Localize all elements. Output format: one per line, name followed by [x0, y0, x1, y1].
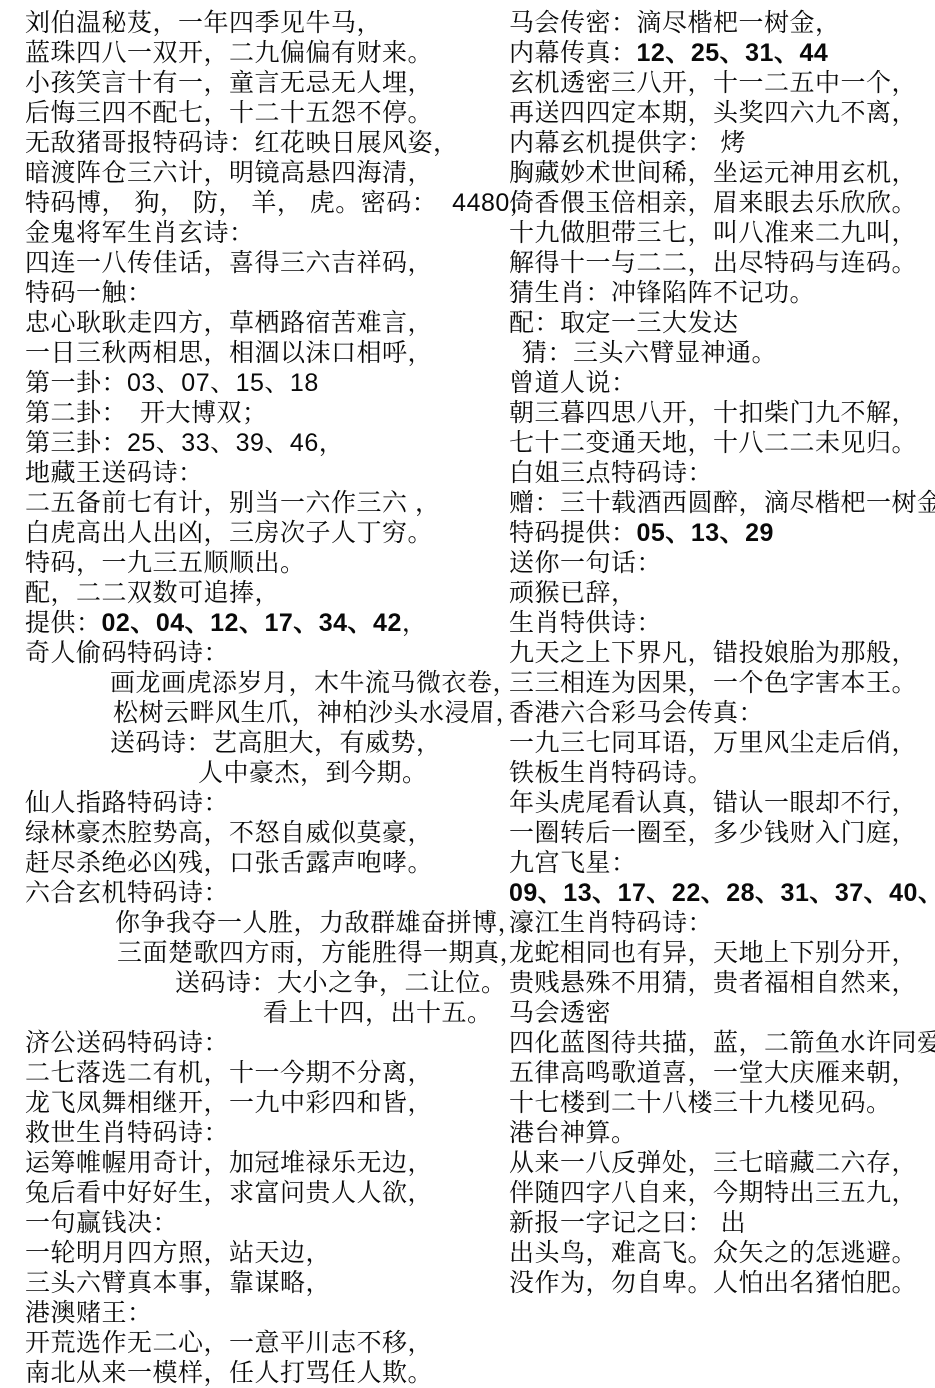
text-line: 松树云畔风生爪，神柏沙头水浸眉，: [25, 698, 485, 728]
text-run: 顽猴已辞，: [509, 579, 637, 607]
text-run: 赠：三十载酒西圆醉，滴尽楷杷一树金，: [509, 489, 935, 517]
text-line: 港澳赌王：: [25, 1298, 485, 1328]
text-run: 解得十一与二二，出尽特码与连码。: [509, 249, 917, 277]
text-run: 金鬼将军生肖玄诗：: [25, 219, 255, 247]
text-run: 猜：三头六臂显神通。: [522, 339, 777, 367]
left-column: 刘伯温秘芨，一年四季见牛马，蓝珠四八一双开，二九偏偏有财来。小孩笑言十有一，童言…: [25, 8, 485, 1388]
text-run: 四连一八传佳话，喜得三六吉祥码，: [25, 249, 433, 277]
text-line: 二五备前七有计，别当一六作三六 ，: [25, 488, 485, 518]
text-run: 后悔三四不配七，十二十五怨不停。: [25, 99, 433, 127]
text-line: 无敌猪哥报特码诗：红花映日展风姿，: [25, 128, 485, 158]
text-line: 三面楚歌四方雨，方能胜得一期真，: [25, 938, 485, 968]
text-run: 三三相连为因果，一个色字害本王。: [509, 669, 917, 697]
text-line: 内幕玄机提供字： 烤: [509, 128, 935, 158]
bold-number-run: 09、13、17、22、28、31、37、40、49: [509, 879, 935, 907]
text-line: 贵贱悬殊不用猜，贵者福相自然来，: [509, 968, 935, 998]
text-run: 人中豪杰，到今期。: [198, 759, 428, 787]
text-run: 一轮明月四方照，站天边，: [25, 1239, 331, 1267]
text-line: 猜生肖：冲锋陷阵不记功。: [509, 278, 935, 308]
text-run: 一日三秋两相思，相涸以沫口相呼，: [25, 339, 433, 367]
text-line: 马会透密: [509, 998, 935, 1028]
text-run: 送码诗：艺高胆大，有威势，: [110, 729, 442, 757]
text-run: 开荒选作无二心，一意平川志不移，: [25, 1329, 433, 1357]
text-line: 小孩笑言十有一，童言无忌无人埋，: [25, 68, 485, 98]
text-line: 后悔三四不配七，十二十五怨不停。: [25, 98, 485, 128]
text-line: 九宫飞星：: [509, 848, 935, 878]
text-line: 金鬼将军生肖玄诗：: [25, 218, 485, 248]
text-line: 解得十一与二二，出尽特码与连码。: [509, 248, 935, 278]
text-line: 南北从来一模样，任人打骂任人欺。: [25, 1358, 485, 1388]
text-run: 出头鸟，难高飞。众矢之的怎逃避。: [509, 1239, 917, 1267]
text-line: 一句赢钱决：: [25, 1208, 485, 1238]
text-line: 配，二二双数可追捧，: [25, 578, 485, 608]
text-line: 仙人指路特码诗：: [25, 788, 485, 818]
text-line: 三头六臂真本事，靠谋略，: [25, 1268, 485, 1298]
text-run: 龙飞凤舞相继开，一九中彩四和皆，: [25, 1089, 433, 1117]
text-line: 一日三秋两相思，相涸以沫口相呼，: [25, 338, 485, 368]
text-run: 曾道人说：: [509, 369, 637, 397]
text-line: 赶尽杀绝必凶残，口张舌露声咆哮。: [25, 848, 485, 878]
text-line: 倚香偎玉倍相亲，眉来眼去乐欣欣。: [509, 188, 935, 218]
text-line: 地藏王送码诗：: [25, 458, 485, 488]
text-run: 七十二变通天地，十八二二未见归。: [509, 429, 917, 457]
text-run: 特码博， 狗， 防， 羊， 虎。密码： 4480，: [25, 189, 535, 217]
text-run: 看上十四，出十五。: [263, 999, 493, 1027]
text-line: 九天之上下界凡，错投娘胎为那般，: [509, 638, 935, 668]
text-line: 绿林豪杰腔势高，不怒自威似莫豪，: [25, 818, 485, 848]
text-line: 济公送码特码诗：: [25, 1028, 485, 1058]
text-line: 香港六合彩马会传真：: [509, 698, 935, 728]
text-line: 七十二变通天地，十八二二未见归。: [509, 428, 935, 458]
text-line: 玄机透密三八开，十一二五中一个，: [509, 68, 935, 98]
text-line: 出头鸟，难高飞。众矢之的怎逃避。: [509, 1238, 935, 1268]
text-run: 年头虎尾看认真，错认一眼却不行，: [509, 789, 917, 817]
text-line: 送码诗：艺高胆大，有威势，: [25, 728, 485, 758]
text-line: 生肖特供诗：: [509, 608, 935, 638]
text-line: 兔后看中好好生，求富问贵人人欲，: [25, 1178, 485, 1208]
text-line: 救世生肖特码诗：: [25, 1118, 485, 1148]
text-line: 伴随四字八自来，今期特出三五九，: [509, 1178, 935, 1208]
text-run: 特码一触：: [25, 279, 153, 307]
text-run: 贵贱悬殊不用猜，贵者福相自然来，: [509, 969, 917, 997]
text-run: ，: [402, 609, 428, 637]
text-line: 没作为，勿自卑。人怕出名猪怕肥。: [509, 1268, 935, 1298]
text-run: 送码诗：大小之争，二让位。: [175, 969, 507, 997]
text-run: 九宫飞星：: [509, 849, 637, 877]
text-run: 画龙画虎添岁月，木牛流马微衣卷，: [110, 669, 518, 697]
text-line: 四化蓝图待共描，蓝，二箭鱼水许同爱，: [509, 1028, 935, 1058]
text-line: 特码提供：05、13、29: [509, 518, 935, 548]
text-run: 白虎高出人出凶，三房次子人丁穷。: [25, 519, 433, 547]
text-line: 暗渡阵仓三六计，明镜高悬四海清，: [25, 158, 485, 188]
text-line: 猜：三头六臂显神通。: [509, 338, 935, 368]
text-run: 十九做胆带三七，叫八准来二九叫，: [509, 219, 917, 247]
text-run: 救世生肖特码诗：: [25, 1119, 229, 1147]
text-line: 曾道人说：: [509, 368, 935, 398]
text-line: 特码，一九三五顺顺出。: [25, 548, 485, 578]
text-run: 二五备前七有计，别当一六作三六 ，: [25, 489, 440, 517]
text-run: 马会传密：滴尽楷杷一树金，: [509, 9, 841, 37]
text-run: 九天之上下界凡，错投娘胎为那般，: [509, 639, 917, 667]
text-run: 铁板生肖特码诗。: [509, 759, 713, 787]
text-line: 一圈转后一圈至，多少钱财入门庭，: [509, 818, 935, 848]
bold-number-run: 12、25、31、44: [637, 39, 829, 67]
text-line: 十七楼到二十八楼三十九楼见码。: [509, 1088, 935, 1118]
text-line: 朝三暮四思八开，十扣柴门九不解，: [509, 398, 935, 428]
text-line: 二七落选二有机，十一今期不分离，: [25, 1058, 485, 1088]
text-run: 一九三七同耳语，万里风尘走后俏，: [509, 729, 917, 757]
text-run: 松树云畔风生爪，神柏沙头水浸眉，: [113, 699, 521, 727]
text-line: 一九三七同耳语，万里风尘走后俏，: [509, 728, 935, 758]
text-run: 提供：: [25, 609, 102, 637]
text-line: 年头虎尾看认真，错认一眼却不行，: [509, 788, 935, 818]
text-run: 仙人指路特码诗：: [25, 789, 229, 817]
text-line: 送你一句话：: [509, 548, 935, 578]
text-line: 奇人偷码特码诗：: [25, 638, 485, 668]
text-line: 马会传密：滴尽楷杷一树金，: [509, 8, 935, 38]
text-run: 无敌猪哥报特码诗：红花映日展风姿，: [25, 129, 459, 157]
text-run: 三面楚歌四方雨，方能胜得一期真，: [117, 939, 525, 967]
text-line: 开荒选作无二心，一意平川志不移，: [25, 1328, 485, 1358]
bold-number-run: 05、13、29: [637, 519, 774, 547]
text-run: 三头六臂真本事，靠谋略，: [25, 1269, 331, 1297]
text-run: 伴随四字八自来，今期特出三五九，: [509, 1179, 917, 1207]
text-line: 龙飞凤舞相继开，一九中彩四和皆，: [25, 1088, 485, 1118]
text-line: 看上十四，出十五。: [25, 998, 485, 1028]
text-line: 顽猴已辞，: [509, 578, 935, 608]
text-line: 内幕传真：12、25、31、44: [509, 38, 935, 68]
text-run: 一句赢钱决：: [25, 1209, 178, 1237]
text-run: 内幕传真：: [509, 39, 637, 67]
text-line: 港台神算。: [509, 1118, 935, 1148]
text-run: 刘伯温秘芨，一年四季见牛马，: [25, 9, 382, 37]
text-run: 一圈转后一圈至，多少钱财入门庭，: [509, 819, 917, 847]
text-run: 第三卦：25、33、39、46，: [25, 429, 344, 457]
text-run: 送你一句话：: [509, 549, 662, 577]
text-run: 朝三暮四思八开，十扣柴门九不解，: [509, 399, 917, 427]
text-run: 地藏王送码诗：: [25, 459, 204, 487]
text-line: 运筹帷幄用奇计，加冠堆禄乐无边，: [25, 1148, 485, 1178]
text-line: 一轮明月四方照，站天边，: [25, 1238, 485, 1268]
text-run: 忠心耿耿走四方，草栖路宿苦难言，: [25, 309, 433, 337]
text-line: 刘伯温秘芨，一年四季见牛马，: [25, 8, 485, 38]
text-run: 港澳赌王：: [25, 1299, 153, 1327]
text-run: 南北从来一模样，任人打骂任人欺。: [25, 1359, 433, 1387]
text-line: 五律高鸣歌道喜，一堂大庆雁来朝，: [509, 1058, 935, 1088]
text-run: 赶尽杀绝必凶残，口张舌露声咆哮。: [25, 849, 433, 877]
text-line: 从来一八反弹处，三七暗藏二六存，: [509, 1148, 935, 1178]
text-line: 忠心耿耿走四方，草栖路宿苦难言，: [25, 308, 485, 338]
text-line: 十九做胆带三七，叫八准来二九叫，: [509, 218, 935, 248]
text-line: 配：取定一三大发达: [509, 308, 935, 338]
text-line: 09、13、17、22、28、31、37、40、49: [509, 878, 935, 908]
text-run: 濠江生肖特码诗：: [509, 909, 713, 937]
text-run: 从来一八反弹处，三七暗藏二六存，: [509, 1149, 917, 1177]
document-page: 刘伯温秘芨，一年四季见牛马，蓝珠四八一双开，二九偏偏有财来。小孩笑言十有一，童言…: [0, 0, 935, 1388]
text-run: 第一卦：03、07、15、18: [25, 369, 319, 397]
text-line: 送码诗：大小之争，二让位。: [25, 968, 485, 998]
text-run: 四化蓝图待共描，蓝，二箭鱼水许同爱，: [509, 1029, 935, 1057]
text-run: 玄机透密三八开，十一二五中一个，: [509, 69, 917, 97]
text-run: 十七楼到二十八楼三十九楼见码。: [509, 1089, 892, 1117]
text-run: 香港六合彩马会传真：: [509, 699, 764, 727]
text-line: 新报一字记之曰： 出: [509, 1208, 935, 1238]
text-run: 猜生肖：冲锋陷阵不记功。: [509, 279, 815, 307]
text-line: 画龙画虎添岁月，木牛流马微衣卷，: [25, 668, 485, 698]
text-run: 配，二二双数可追捧，: [25, 579, 280, 607]
text-run: 绿林豪杰腔势高，不怒自威似莫豪，: [25, 819, 433, 847]
text-run: 小孩笑言十有一，童言无忌无人埋，: [25, 69, 433, 97]
text-line: 第一卦：03、07、15、18: [25, 368, 485, 398]
text-run: 第二卦： 开大博双；: [25, 399, 268, 427]
text-run: 兔后看中好好生，求富问贵人人欲，: [25, 1179, 433, 1207]
text-run: 胸藏妙术世间稀，坐运元神用玄机，: [509, 159, 917, 187]
text-run: 内幕玄机提供字： 烤: [509, 129, 746, 157]
text-run: 配：取定一三大发达: [509, 309, 739, 337]
text-run: 新报一字记之曰： 出: [509, 1209, 746, 1237]
text-run: 你争我夺一人胜，力敌群雄奋拼博，: [115, 909, 523, 937]
text-line: 濠江生肖特码诗：: [509, 908, 935, 938]
text-run: 特码，一九三五顺顺出。: [25, 549, 306, 577]
text-line: 赠：三十载酒西圆醉，滴尽楷杷一树金，: [509, 488, 935, 518]
text-line: 三三相连为因果，一个色字害本王。: [509, 668, 935, 698]
text-line: 胸藏妙术世间稀，坐运元神用玄机，: [509, 158, 935, 188]
text-run: 龙蛇相同也有异，天地上下别分开，: [509, 939, 917, 967]
text-line: 你争我夺一人胜，力敌群雄奋拼博，: [25, 908, 485, 938]
text-line: 第二卦： 开大博双；: [25, 398, 485, 428]
text-line: 铁板生肖特码诗。: [509, 758, 935, 788]
text-run: 马会透密: [509, 999, 611, 1027]
text-line: 特码一触：: [25, 278, 485, 308]
text-run: 暗渡阵仓三六计，明镜高悬四海清，: [25, 159, 433, 187]
text-run: 倚香偎玉倍相亲，眉来眼去乐欣欣。: [509, 189, 917, 217]
text-line: 白虎高出人出凶，三房次子人丁穷。: [25, 518, 485, 548]
text-run: 二七落选二有机，十一今期不分离，: [25, 1059, 433, 1087]
text-run: 生肖特供诗：: [509, 609, 662, 637]
text-line: 六合玄机特码诗：: [25, 878, 485, 908]
text-run: 白姐三点特码诗：: [509, 459, 713, 487]
text-run: 港台神算。: [509, 1119, 637, 1147]
bold-number-run: 02、04、12、17、34、42: [102, 609, 402, 637]
text-run: 六合玄机特码诗：: [25, 879, 229, 907]
text-line: 四连一八传佳话，喜得三六吉祥码，: [25, 248, 485, 278]
right-column: 马会传密：滴尽楷杷一树金，内幕传真：12、25、31、44玄机透密三八开，十一二…: [509, 8, 935, 1298]
text-run: 蓝珠四八一双开，二九偏偏有财来。: [25, 39, 433, 67]
text-run: 再送四四定本期，头奖四六九不离，: [509, 99, 917, 127]
text-line: 蓝珠四八一双开，二九偏偏有财来。: [25, 38, 485, 68]
text-run: 特码提供：: [509, 519, 637, 547]
text-line: 第三卦：25、33、39、46，: [25, 428, 485, 458]
text-line: 人中豪杰，到今期。: [25, 758, 485, 788]
text-run: 没作为，勿自卑。人怕出名猪怕肥。: [509, 1269, 917, 1297]
text-line: 龙蛇相同也有异，天地上下别分开，: [509, 938, 935, 968]
text-line: 特码博， 狗， 防， 羊， 虎。密码： 4480，: [25, 188, 485, 218]
text-run: 济公送码特码诗：: [25, 1029, 229, 1057]
text-run: 五律高鸣歌道喜，一堂大庆雁来朝，: [509, 1059, 917, 1087]
text-run: 奇人偷码特码诗：: [25, 639, 229, 667]
text-line: 提供：02、04、12、17、34、42，: [25, 608, 485, 638]
text-run: 运筹帷幄用奇计，加冠堆禄乐无边，: [25, 1149, 433, 1177]
text-line: 再送四四定本期，头奖四六九不离，: [509, 98, 935, 128]
text-line: 白姐三点特码诗：: [509, 458, 935, 488]
